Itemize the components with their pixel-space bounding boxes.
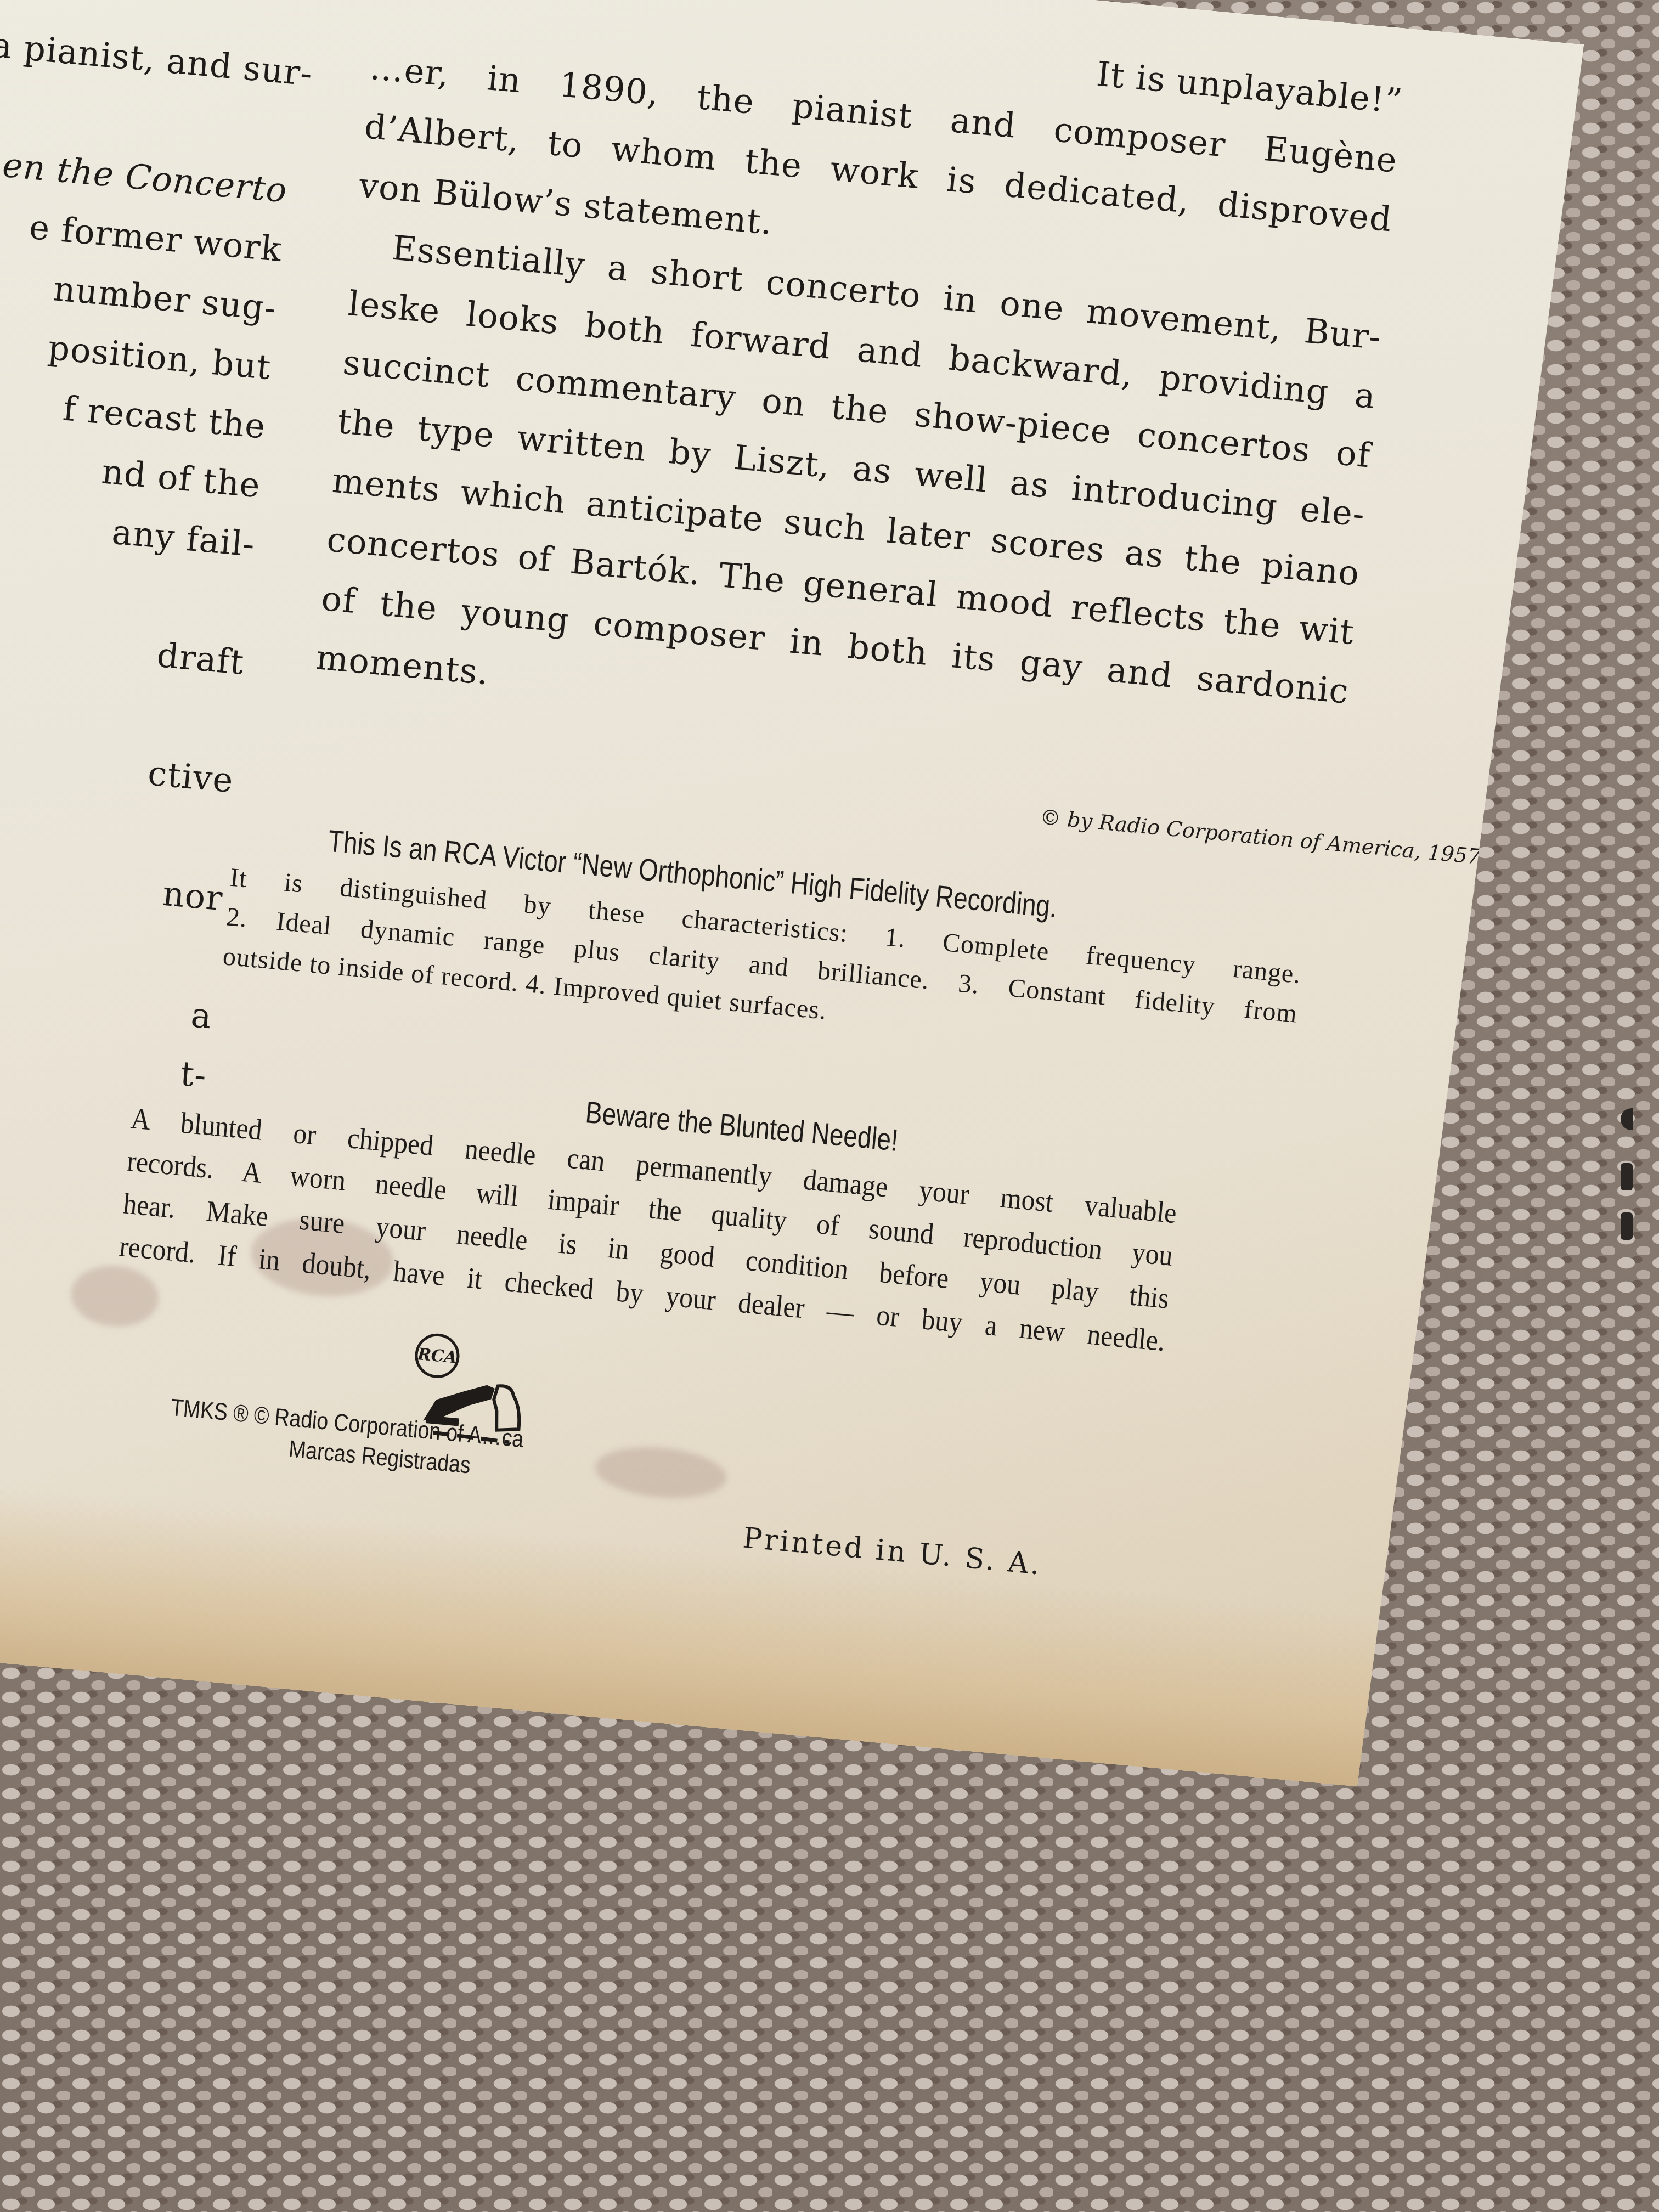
- printed-in-label: Printed in U. S. A.: [741, 1521, 1043, 1581]
- record-edge-marks: [1621, 1108, 1643, 1273]
- main-text-column: It is unplayable!” …er, in 1890, the pia…: [314, 33, 1401, 780]
- svg-text:RCA: RCA: [416, 1345, 458, 1367]
- album-back-cover: a pianist, and sur- en the Concerto e fo…: [0, 0, 1584, 1793]
- notes-copyright: © by Radio Corporation of America, 1957: [1039, 805, 1482, 869]
